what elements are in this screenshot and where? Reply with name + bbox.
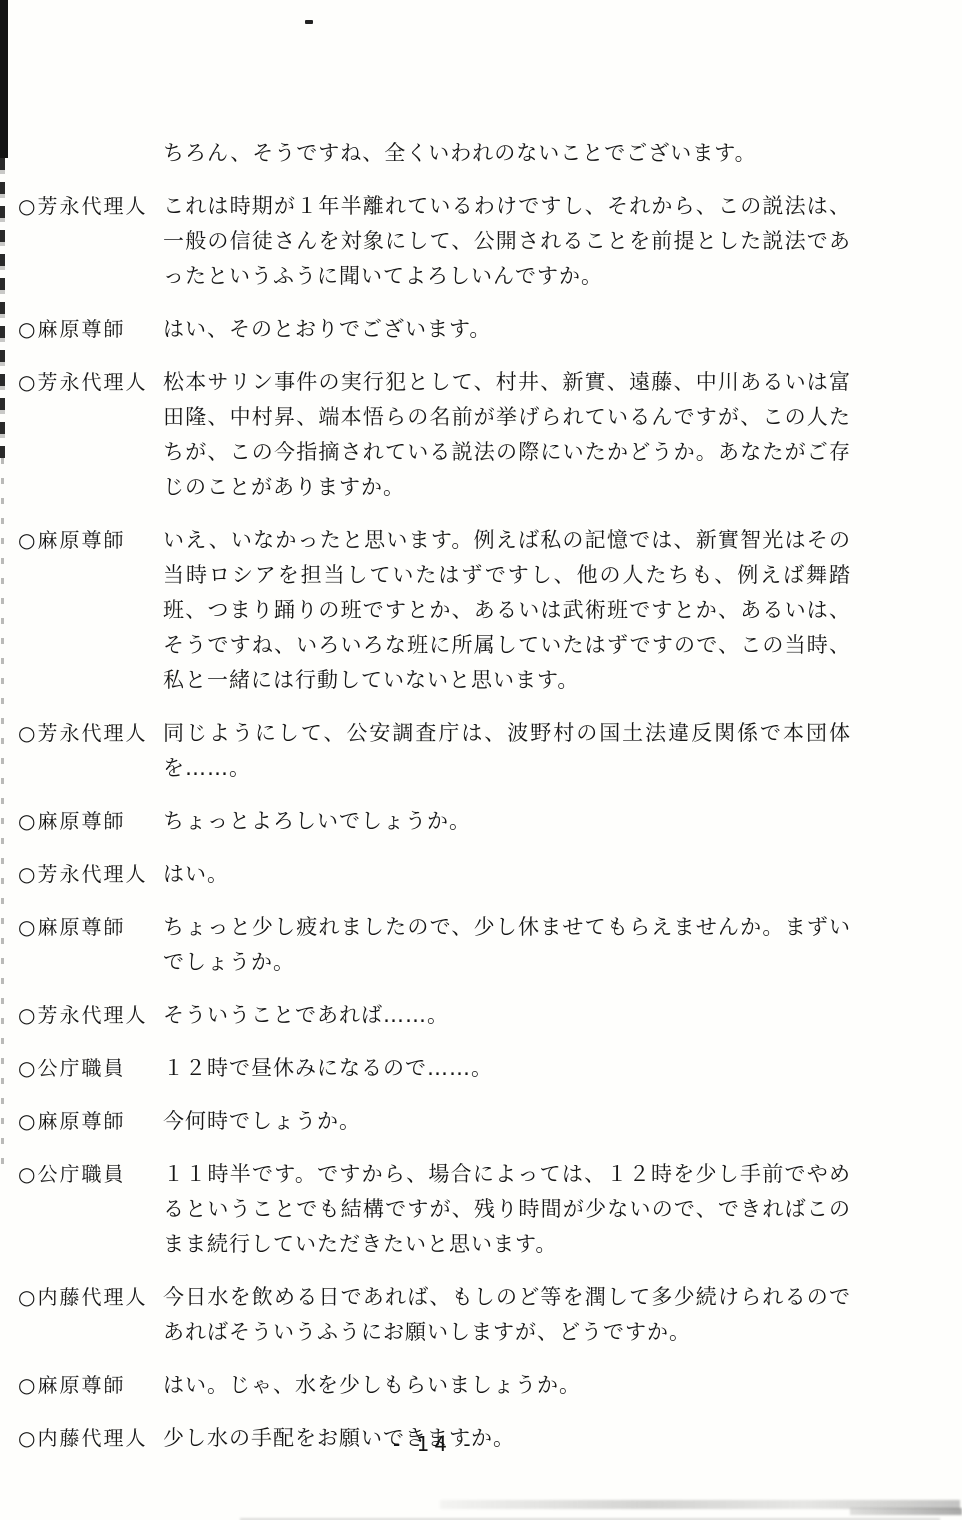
speaker-label: ○麻原尊師: [0, 804, 163, 839]
scan-speck-artifact: [305, 20, 313, 24]
dialogue-text: 松本サリン事件の実行犯として、村井、新實、遠藤、中川あるいは富田隆、中村昇、端本…: [163, 365, 851, 505]
speaker-label: ○内藤代理人: [0, 1280, 163, 1315]
dialogue-text: 少し水の手配をお願いできますか。: [163, 1421, 851, 1456]
scan-binding-edge-artifact: [0, 0, 8, 158]
dialogue-text: いえ、いなかったと思います。例えば私の記憶では、新實智光はその当時ロシアを担当し…: [163, 523, 851, 698]
dialogue-block: ○芳永代理人 そういうことであれば……。: [0, 998, 962, 1033]
transcript-body: ちろん、そうですね、全くいわれのないことでございます。 ○芳永代理人 これは時期…: [0, 136, 962, 1474]
page-number: - 14 -: [393, 1432, 476, 1456]
dialogue-text: ちろん、そうですね、全くいわれのないことでございます。: [163, 136, 851, 171]
dialogue-block: ○麻原尊師 今何時でしょうか。: [0, 1104, 962, 1139]
dialogue-text: そういうことであれば……。: [163, 998, 851, 1033]
dialogue-text: 今日水を飲める日であれば、もしのど等を潤して多少続けられるのであればそういうふう…: [163, 1280, 851, 1350]
dialogue-block: ○内藤代理人 今日水を飲める日であれば、もしのど等を潤して多少続けられるのであれ…: [0, 1280, 962, 1350]
speaker-label: ○麻原尊師: [0, 910, 163, 945]
dialogue-block: ○公庁職員 １２時で昼休みになるので……。: [0, 1051, 962, 1086]
dialogue-text: はい。じゃ、水を少しもらいましょうか。: [163, 1368, 851, 1403]
dialogue-continuation-row: ちろん、そうですね、全くいわれのないことでございます。: [0, 136, 962, 171]
dialogue-text: ちょっと少し疲れましたので、少し休ませてもらえませんか。まずいでしょうか。: [163, 910, 851, 980]
speaker-label: ○麻原尊師: [0, 1104, 163, 1139]
speaker-label: ○芳永代理人: [0, 365, 163, 400]
dialogue-block: ○麻原尊師 いえ、いなかったと思います。例えば私の記憶では、新實智光はその当時ロ…: [0, 523, 962, 698]
dialogue-block: ○公庁職員 １１時半です。ですから、場合によっては、１２時を少し手前でやめるとい…: [0, 1157, 962, 1262]
speaker-label: ○公庁職員: [0, 1157, 163, 1192]
dialogue-block: ○内藤代理人 少し水の手配をお願いできますか。: [0, 1421, 962, 1456]
scanned-page: ちろん、そうですね、全くいわれのないことでございます。 ○芳永代理人 これは時期…: [0, 0, 962, 1520]
scan-bottom-smudge-artifact: [850, 1508, 962, 1515]
speaker-label: ○芳永代理人: [0, 857, 163, 892]
dialogue-text: はい。: [163, 857, 851, 892]
dialogue-block: ○麻原尊師 ちょっと少し疲れましたので、少し休ませてもらえませんか。まずいでしょ…: [0, 910, 962, 980]
speaker-label: ○公庁職員: [0, 1051, 163, 1086]
dialogue-text: １２時で昼休みになるので……。: [163, 1051, 851, 1086]
dialogue-text: はい、そのとおりでございます。: [163, 312, 851, 347]
dialogue-text: １１時半です。ですから、場合によっては、１２時を少し手前でやめるということでも結…: [163, 1157, 851, 1262]
dialogue-block: ○麻原尊師 はい、そのとおりでございます。: [0, 312, 962, 347]
dialogue-text: 今何時でしょうか。: [163, 1104, 851, 1139]
speaker-label: ○芳永代理人: [0, 998, 163, 1033]
dialogue-text: ちょっとよろしいでしょうか。: [163, 804, 851, 839]
dialogue-block: ○芳永代理人 はい。: [0, 857, 962, 892]
dialogue-block: ○麻原尊師 はい。じゃ、水を少しもらいましょうか。: [0, 1368, 962, 1403]
speaker-label: ○芳永代理人: [0, 716, 163, 751]
speaker-label: ○麻原尊師: [0, 312, 163, 347]
speaker-label: ○麻原尊師: [0, 1368, 163, 1403]
dialogue-block: ○芳永代理人 これは時期が１年半離れているわけですし、それから、この説法は、一般…: [0, 189, 962, 294]
dialogue-text: 同じようにして、公安調査庁は、波野村の国土法違反関係で本団体を……。: [163, 716, 851, 786]
speaker-label: ○内藤代理人: [0, 1421, 163, 1456]
speaker-label: ○芳永代理人: [0, 189, 163, 224]
speaker-label: ○麻原尊師: [0, 523, 163, 558]
dialogue-block: ○麻原尊師 ちょっとよろしいでしょうか。: [0, 804, 962, 839]
dialogue-text: これは時期が１年半離れているわけですし、それから、この説法は、一般の信徒さんを対…: [163, 189, 851, 294]
dialogue-block: ○芳永代理人 松本サリン事件の実行犯として、村井、新實、遠藤、中川あるいは富田隆…: [0, 365, 962, 505]
dialogue-block: ○芳永代理人 同じようにして、公安調査庁は、波野村の国土法違反関係で本団体を………: [0, 716, 962, 786]
